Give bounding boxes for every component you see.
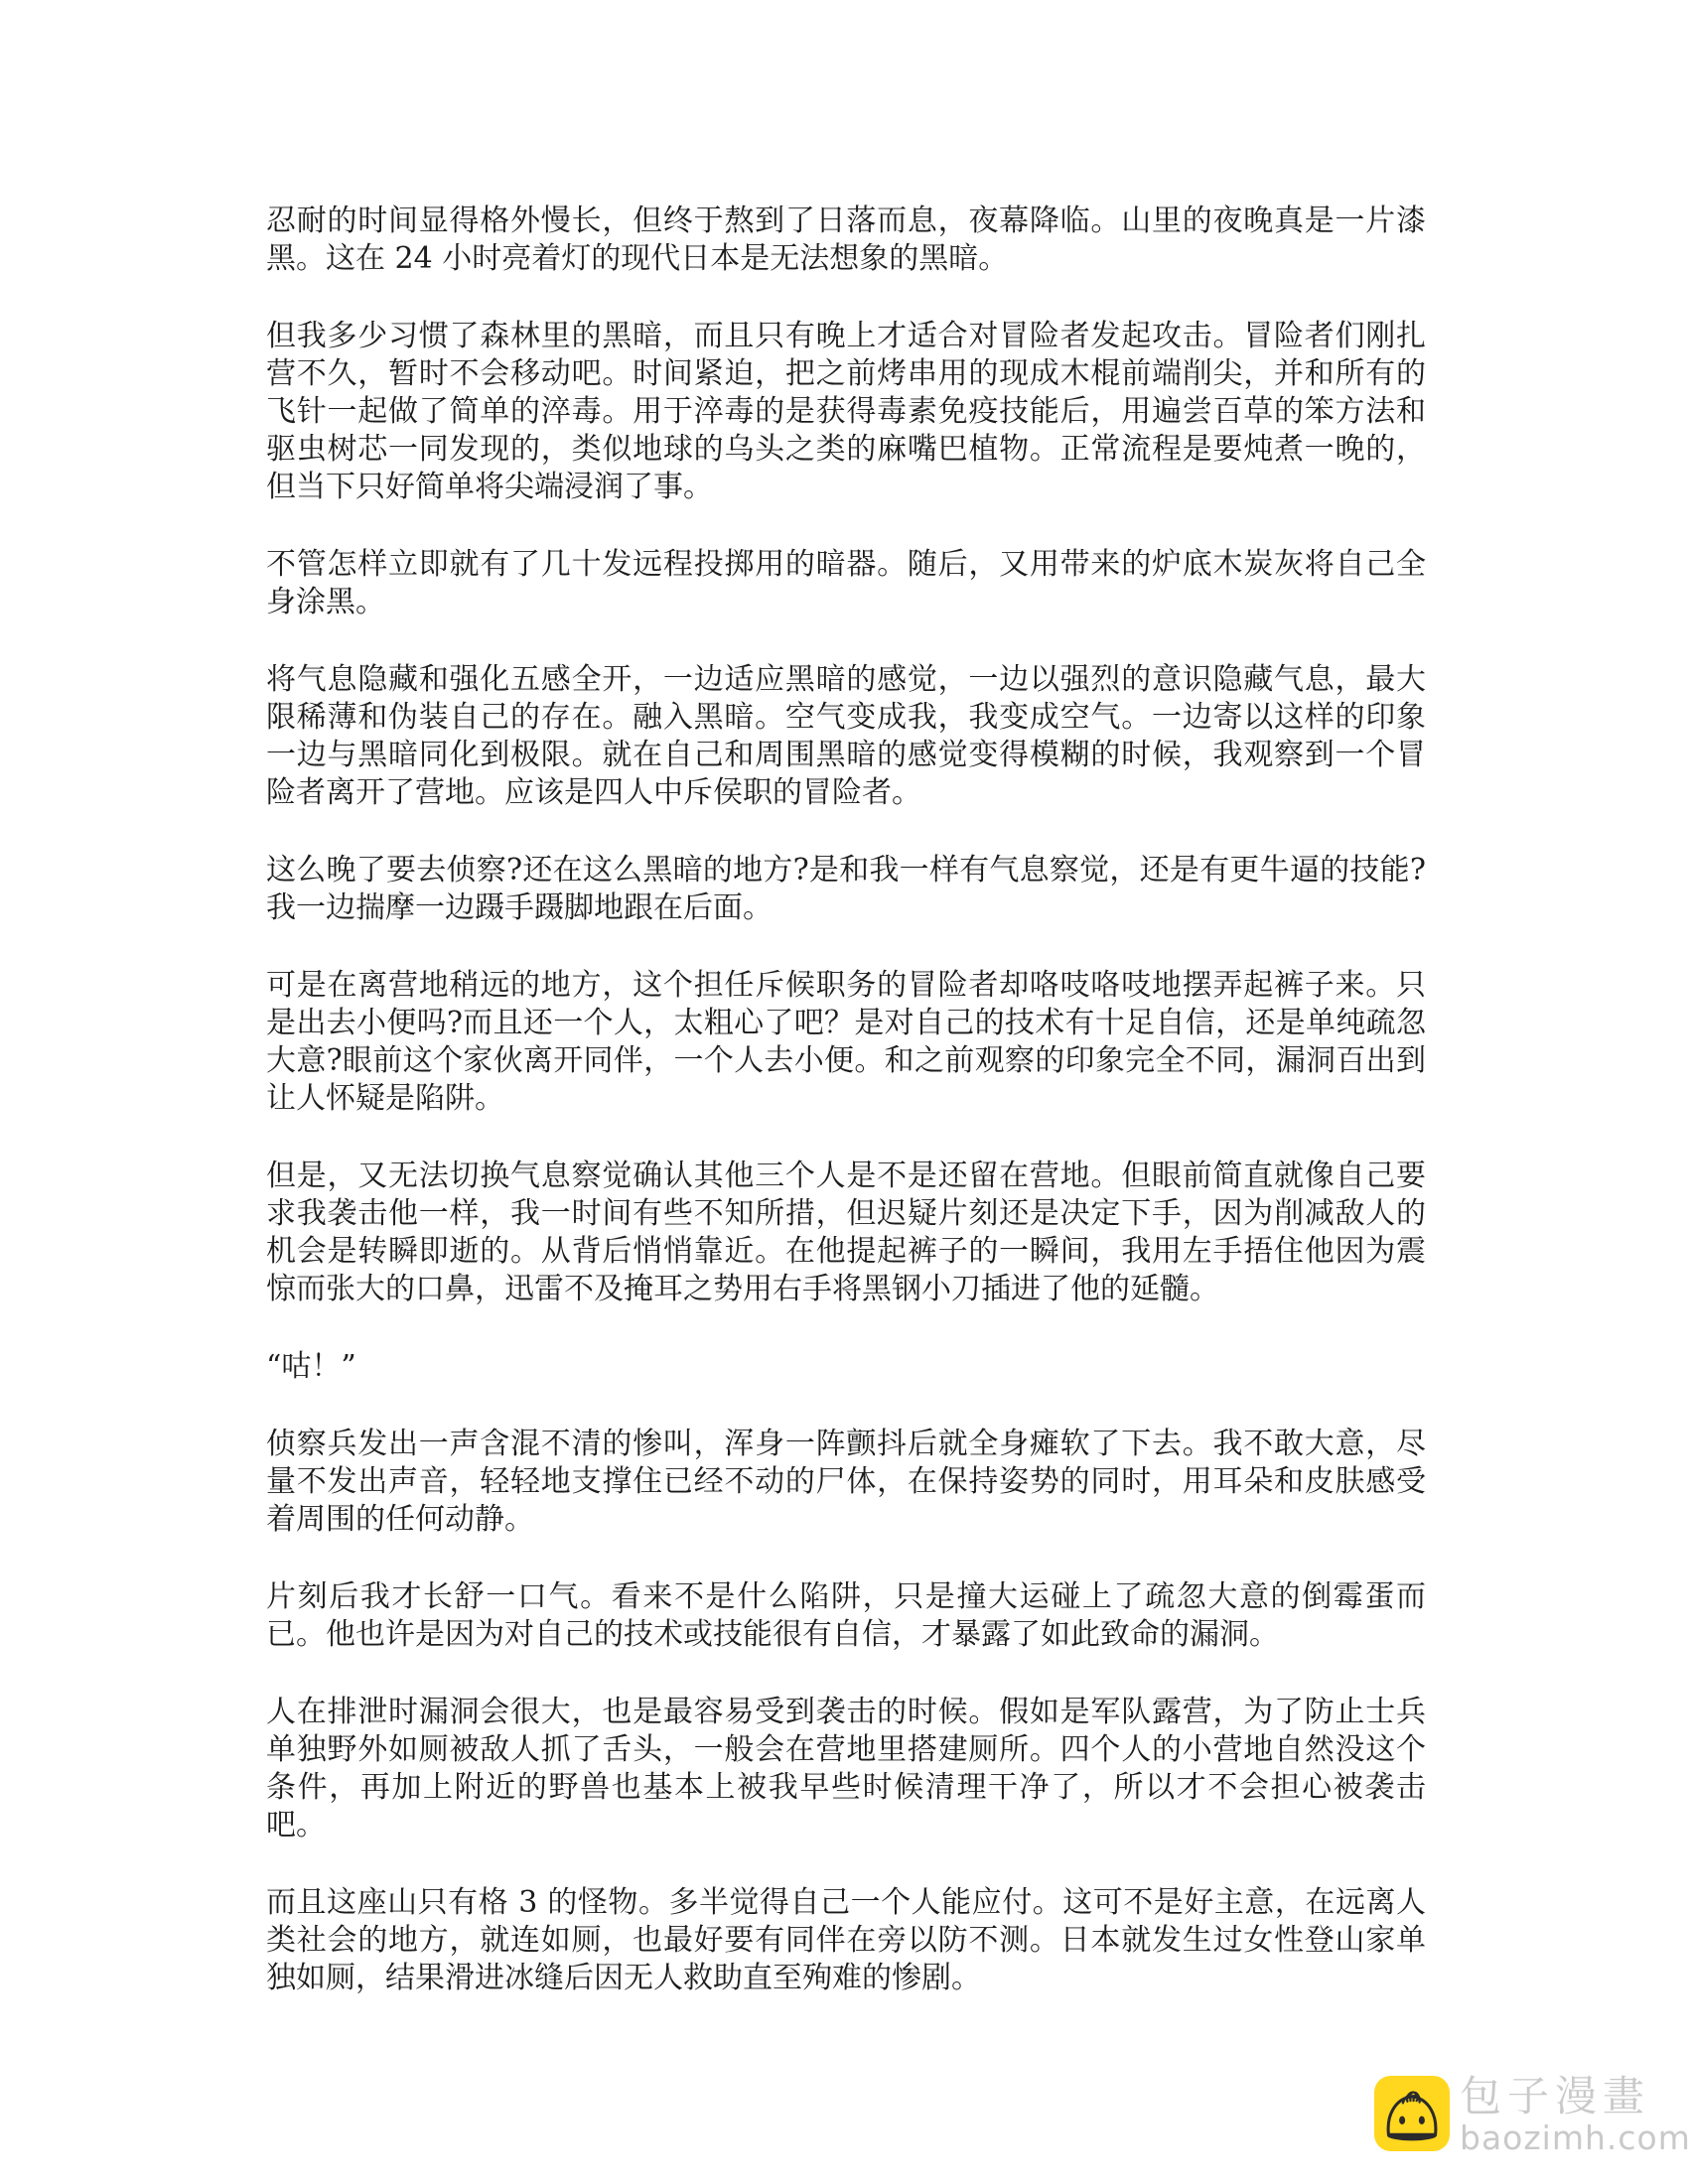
paragraph: 但是，又无法切换气息察觉确认其他三个人是不是还留在营地。但眼前简直就像自己要求我…: [266, 1158, 1426, 1308]
novel-page-text: 忍耐的时间显得格外慢长，但终于熬到了日落而息，夜幕降临。山里的夜晚真是一片漆黑。…: [266, 203, 1426, 2037]
watermark: 包子漫畫 baozimh.com: [1374, 2072, 1688, 2155]
watermark-text: 包子漫畫 baozimh.com: [1460, 2072, 1688, 2155]
paragraph: 但我多少习惯了森林里的黑暗，而且只有晚上才适合对冒险者发起攻击。冒险者们刚扎营不…: [266, 318, 1426, 506]
paragraph: 忍耐的时间显得格外慢长，但终于熬到了日落而息，夜幕降临。山里的夜晚真是一片漆黑。…: [266, 203, 1426, 278]
paragraph: 不管怎样立即就有了几十发远程投掷用的暗器。随后，又用带来的炉底木炭灰将自己全身涂…: [266, 546, 1426, 621]
paragraph: 将气息隐藏和强化五感全开，一边适应黑暗的感觉，一边以强烈的意识隐藏气息，最大限稀…: [266, 661, 1426, 812]
watermark-site-name: 包子漫畫: [1460, 2072, 1688, 2121]
paragraph: “咕！”: [266, 1348, 1426, 1386]
paragraph: 而且这座山只有格 3 的怪物。多半觉得自己一个人能应付。这可不是好主意，在远离人…: [266, 1884, 1426, 1997]
paragraph: 可是在离营地稍远的地方，这个担任斥候职务的冒险者却咯吱咯吱地摆弄起裤子来。只是出…: [266, 967, 1426, 1118]
paragraph: 人在排泄时漏洞会很大，也是最容易受到袭击的时候。假如是军队露营，为了防止士兵单独…: [266, 1694, 1426, 1844]
watermark-site-url: baozimh.com: [1460, 2121, 1688, 2155]
paragraph: 侦察兵发出一声含混不清的惨叫，浑身一阵颤抖后就全身瘫软了下去。我不敢大意，尽量不…: [266, 1426, 1426, 1539]
paragraph: 片刻后我才长舒一口气。看来不是什么陷阱，只是撞大运碰上了疏忽大意的倒霉蛋而已。他…: [266, 1578, 1426, 1654]
baozi-bun-icon: [1374, 2076, 1450, 2151]
paragraph: 这么晚了要去侦察?还在这么黑暗的地方?是和我一样有气息察觉，还是有更牛逼的技能?…: [266, 852, 1426, 927]
